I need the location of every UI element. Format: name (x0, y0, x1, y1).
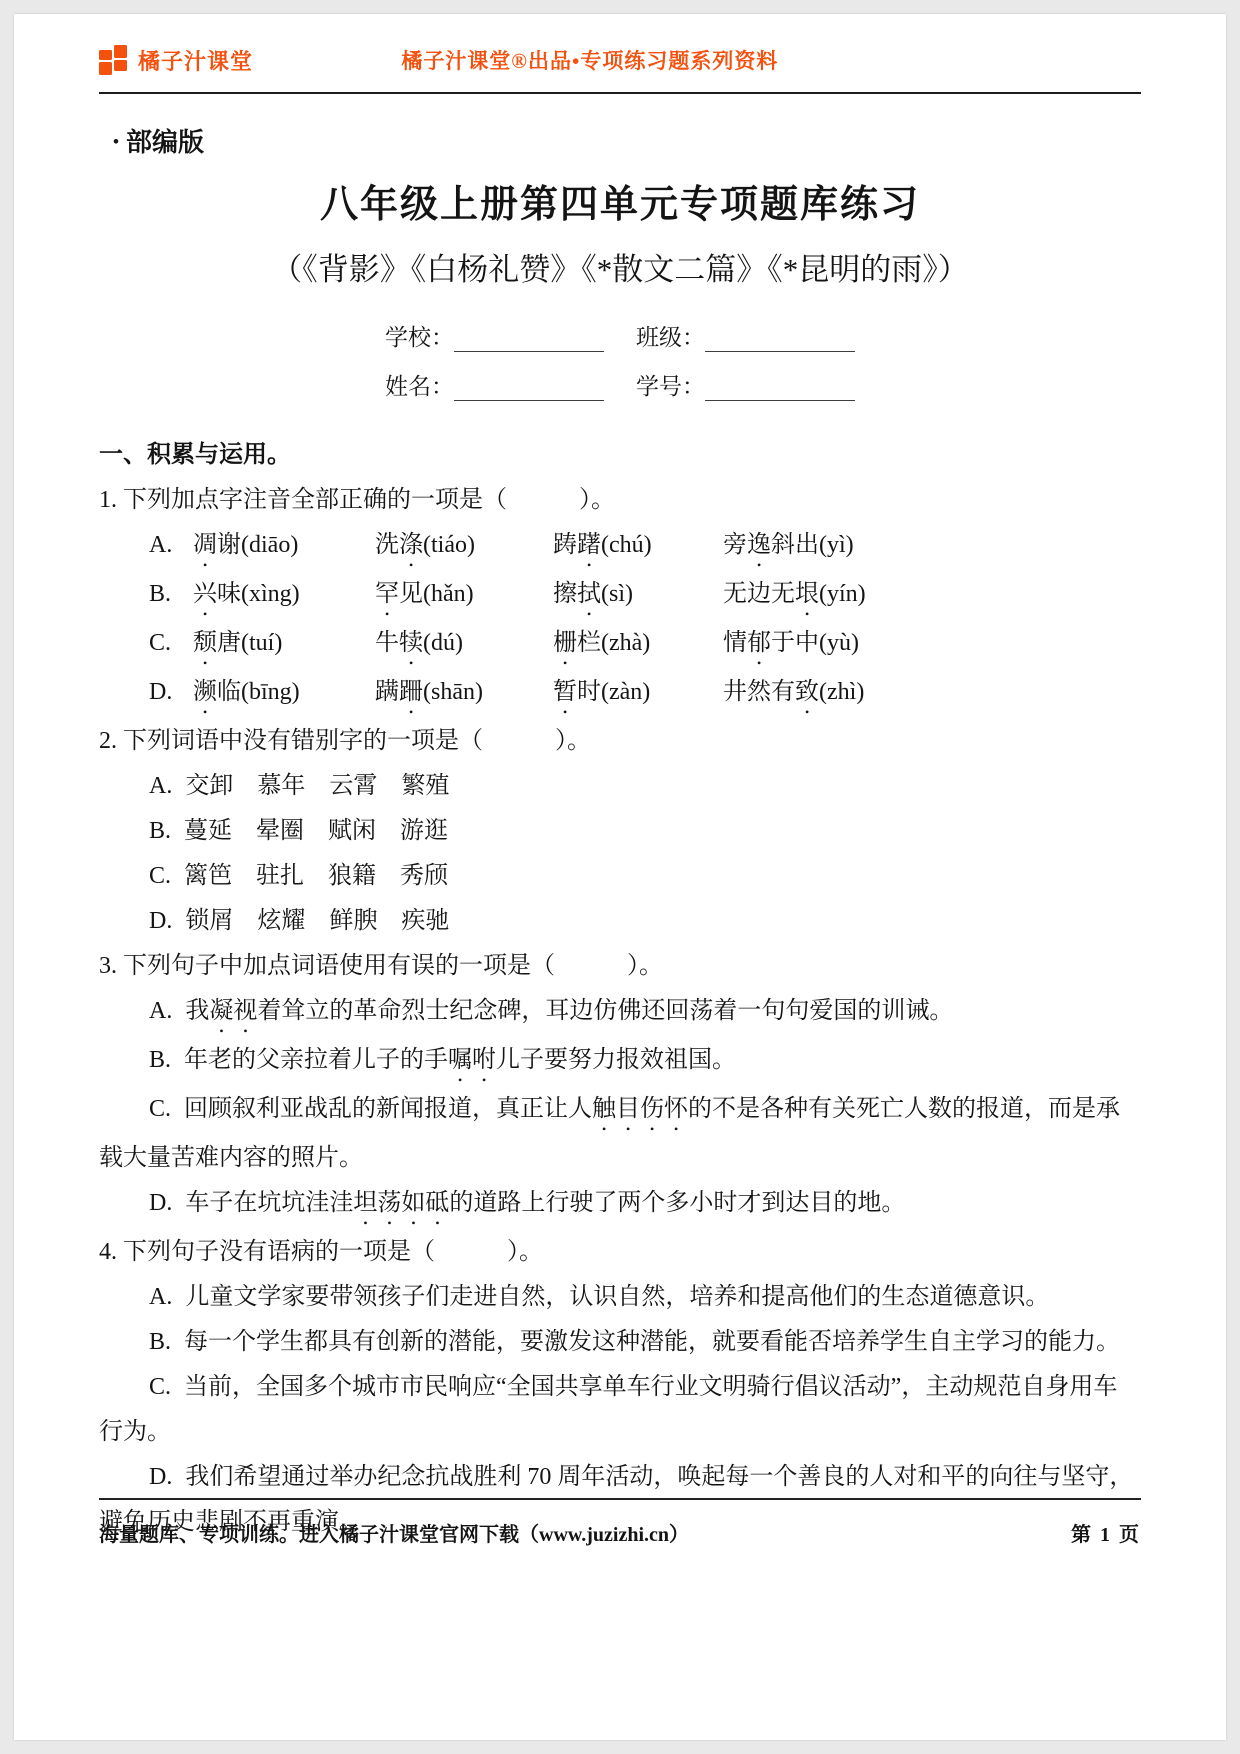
option-label: B. (149, 572, 193, 621)
pinyin: (bīng) (241, 679, 300, 705)
brand-logo-icon (99, 45, 129, 75)
word-pinyin-item: 兴味(xìng) (193, 572, 375, 621)
pinyin: (zhì) (819, 679, 864, 705)
option-label: C. (149, 1096, 171, 1122)
name-field: 姓名： (385, 368, 604, 401)
dotted-word: 触目伤怀 (592, 1096, 688, 1122)
dotted-char: 暂 (553, 679, 577, 705)
page-footer: 海量题库、专项训练。进入橘子汁课堂官网下载（www.juzizhi.cn） 第 … (99, 1498, 1141, 1547)
option-text: 锁屑 炫耀 鲜腴 疾驰 (185, 908, 449, 934)
q1-option-d: D. 濒临(bīng) 蹒跚(shān) 暂时(zàn) 井然有致(zhì) (99, 670, 1141, 719)
student-info-form: 学校： 班级： 姓名： 学号： (385, 319, 855, 401)
option-label: D. (149, 670, 193, 719)
option-label: A. (149, 1284, 172, 1310)
word-pinyin-item: 情郁于中(yù) (723, 621, 1141, 670)
word-pinyin-item: 蹒跚(shān) (375, 670, 553, 719)
word-pinyin-item: 栅栏(zhà) (553, 621, 723, 670)
option-label: A. (149, 773, 172, 799)
pinyin: (tiáo) (423, 532, 475, 558)
pinyin: (yì) (819, 532, 854, 558)
dotted-char: 跚 (399, 679, 423, 705)
q4-option-a: A.儿童文学家要带领孩子们走进自然，认识自然，培养和提高他们的生态道德意识。 (99, 1275, 1141, 1320)
option-label: A. (149, 523, 193, 572)
page-subtitle: （《背影》《白杨礼赞》《*散文二篇》《*昆明的雨》） (99, 244, 1141, 289)
pinyin: (hǎn) (423, 581, 474, 607)
word-pinyin-item: 颓唐(tuí) (193, 621, 375, 670)
student-no-blank-line (705, 373, 855, 401)
q4-option-c: C.当前，全国多个城市市民响应“全国共享单车行业文明骑行倡议活动”，主动规范自身… (99, 1365, 1141, 1455)
dotted-char: 濒 (193, 679, 217, 705)
dotted-word: 坦荡如砥 (353, 1190, 449, 1216)
page-header: 橘子汁课堂 橘子汁课堂®出品•专项练习题系列资料 (99, 40, 1141, 80)
dotted-char: 躇 (577, 532, 601, 558)
q1-stem: 1. 下列加点字注音全部正确的一项是（ ）。 (99, 478, 1141, 523)
dotted-char: 涤 (399, 532, 423, 558)
brand-logo: 橘子汁课堂 (99, 45, 253, 76)
q2-option-b: B.蔓延 晕圈 赋闲 游逛 (99, 809, 1141, 854)
word-pinyin-item: 井然有致(zhì) (723, 670, 1141, 719)
pinyin: (xìng) (241, 581, 300, 607)
brand-name: 橘子汁课堂 (138, 45, 253, 76)
q2-stem: 2. 下列词语中没有错别字的一项是（ ）。 (99, 719, 1141, 764)
name-label: 姓名： (385, 368, 454, 401)
edition-label: •部编版 (99, 122, 1141, 159)
header-banner: 橘子汁课堂®出品•专项练习题系列资料 (401, 45, 778, 75)
class-blank-line (705, 324, 855, 352)
word-pinyin-item: 濒临(bīng) (193, 670, 375, 719)
option-label: C. (149, 1374, 171, 1400)
word-pinyin-item: 暂时(zàn) (553, 670, 723, 719)
dotted-char: 致 (795, 679, 819, 705)
option-label: D. (149, 1190, 172, 1216)
option-text: 每一个学生都具有创新的潜能，要激发这种潜能，就要看能否培养学生自主学习的能力。 (184, 1329, 1120, 1355)
pinyin: (dú) (423, 630, 463, 656)
pinyin: (yù) (819, 630, 859, 656)
class-label: 班级： (636, 319, 705, 352)
q3-stem: 3. 下列句子中加点词语使用有误的一项是（ ）。 (99, 944, 1141, 989)
word-pinyin-item: 罕见(hǎn) (375, 572, 553, 621)
dotted-char: 颓 (193, 630, 217, 656)
q3-option-a: A.我凝视着耸立的革命烈士纪念碑，耳边仿佛还回荡着一句句爱国的训诫。 (99, 989, 1141, 1038)
class-field: 班级： (636, 319, 855, 352)
q3-option-b: B.年老的父亲拉着儿子的手嘱咐儿子要努力报效祖国。 (99, 1038, 1141, 1087)
name-blank-line (454, 373, 604, 401)
option-text: 篱笆 驻扎 狼籍 秀颀 (184, 863, 448, 889)
dotted-char: 罕 (375, 581, 399, 607)
option-label: B. (149, 818, 171, 844)
worksheet-page: 橘子汁课堂 橘子汁课堂®出品•专项练习题系列资料 •部编版 八年级上册第四单元专… (14, 14, 1226, 1740)
option-text: 交卸 慕年 云霄 繁殖 (185, 773, 449, 799)
dotted-char: 凋 (193, 532, 217, 558)
q3-option-c: C.回顾叙利亚战乱的新闻报道，真正让人触目伤怀的不是各种有关死亡人数的报道，而是… (99, 1087, 1141, 1181)
pinyin: (shān) (423, 679, 483, 705)
footer-note: 海量题库、专项训练。进入橘子汁课堂官网下载（www.juzizhi.cn） (99, 1518, 689, 1547)
pinyin: (sì) (601, 581, 633, 607)
student-no-field: 学号： (636, 368, 855, 401)
dotted-word: 凝视 (209, 998, 257, 1024)
q4-option-b: B.每一个学生都具有创新的潜能，要激发这种潜能，就要看能否培养学生自主学习的能力… (99, 1320, 1141, 1365)
form-row: 姓名： 学号： (385, 368, 855, 401)
q2-option-c: C.篱笆 驻扎 狼籍 秀颀 (99, 854, 1141, 899)
option-label: D. (149, 908, 172, 934)
page-number: 第 1 页 (1071, 1518, 1141, 1547)
form-row: 学校： 班级： (385, 319, 855, 352)
q1-option-a: A. 凋谢(diāo) 洗涤(tiáo) 踌躇(chú) 旁逸斜出(yì) (99, 523, 1141, 572)
word-pinyin-item: 无边无垠(yín) (723, 572, 1141, 621)
word-pinyin-item: 旁逸斜出(yì) (723, 523, 1141, 572)
option-label: A. (149, 998, 172, 1024)
option-label: B. (149, 1329, 171, 1355)
word-pinyin-item: 牛犊(dú) (375, 621, 553, 670)
edition-text: 部编版 (126, 128, 204, 157)
option-text: 蔓延 晕圈 赋闲 游逛 (184, 818, 448, 844)
dotted-char: 拭 (577, 581, 601, 607)
dotted-char: 逸 (747, 532, 771, 558)
word-pinyin-item: 踌躇(chú) (553, 523, 723, 572)
dotted-char: 犊 (399, 630, 423, 656)
option-label: B. (149, 1047, 171, 1073)
student-no-label: 学号： (636, 368, 705, 401)
option-label: C. (149, 863, 171, 889)
school-field: 学校： (385, 319, 604, 352)
option-label: D. (149, 1464, 172, 1490)
q3-option-d: D.车子在坑坑洼洼坦荡如砥的道路上行驶了两个多小时才到达目的地。 (99, 1181, 1141, 1230)
dotted-char: 垠 (795, 581, 819, 607)
dotted-char: 栅 (553, 630, 577, 656)
page-title: 八年级上册第四单元专项题库练习 (99, 173, 1141, 228)
school-blank-line (454, 324, 604, 352)
section-heading: 一、积累与运用。 (99, 433, 1141, 478)
pinyin: (diāo) (241, 532, 298, 558)
q1-option-c: C. 颓唐(tuí) 牛犊(dú) 栅栏(zhà) 情郁于中(yù) (99, 621, 1141, 670)
q2-option-d: D.锁屑 炫耀 鲜腴 疾驰 (99, 899, 1141, 944)
q2-option-a: A.交卸 慕年 云霄 繁殖 (99, 764, 1141, 809)
option-text: 儿童文学家要带领孩子们走进自然，认识自然，培养和提高他们的生态道德意识。 (185, 1284, 1049, 1310)
dotted-char: 兴 (193, 581, 217, 607)
word-pinyin-item: 洗涤(tiáo) (375, 523, 553, 572)
pinyin: (zhà) (601, 630, 650, 656)
option-text: 当前，全国多个城市市民响应“全国共享单车行业文明骑行倡议活动”，主动规范自身用车… (99, 1374, 1117, 1445)
question-body: 一、积累与运用。 1. 下列加点字注音全部正确的一项是（ ）。 A. 凋谢(di… (99, 433, 1141, 1545)
header-rule (99, 92, 1141, 94)
school-label: 学校： (385, 319, 454, 352)
option-label: C. (149, 621, 193, 670)
word-pinyin-item: 凋谢(diāo) (193, 523, 375, 572)
pinyin: (chú) (601, 532, 652, 558)
dotted-word: 嘱咐 (448, 1047, 496, 1073)
word-pinyin-item: 擦拭(sì) (553, 572, 723, 621)
q1-option-b: B. 兴味(xìng) 罕见(hǎn) 擦拭(sì) 无边无垠(yín) (99, 572, 1141, 621)
q4-stem: 4. 下列句子没有语病的一项是（ ）。 (99, 1230, 1141, 1275)
pinyin: (tuí) (241, 630, 282, 656)
pinyin: (yín) (819, 581, 866, 607)
edition-bullet-icon: • (113, 132, 119, 151)
dotted-char: 郁 (747, 630, 771, 656)
pinyin: (zàn) (601, 679, 650, 705)
